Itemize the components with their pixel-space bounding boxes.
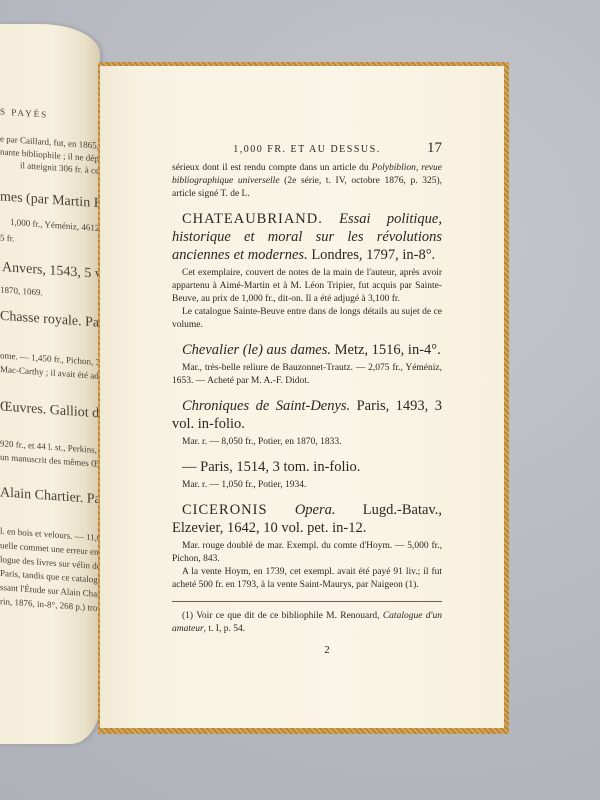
entry-note: Mar. rouge doublé de mar. Exempl. du com…: [172, 540, 442, 566]
left-text-line: rin, 1876, in-8°, 268 p.) trouvé: [0, 596, 100, 614]
left-text-line: 1,000 fr., Yéméniz, 4612: [10, 217, 99, 233]
left-text-line: mes (par Martin Franc),: [0, 189, 100, 214]
entry-note: Mar., très-belle reliure de Bauzonnet-Tr…: [172, 362, 442, 388]
left-text-line: Anvers, 1543, 5 vol.: [2, 260, 100, 284]
entry-note: Mar. r. — 8,050 fr., Potier, en 1870, 18…: [172, 436, 442, 449]
signature-mark: 2: [172, 644, 442, 656]
running-head-title: 1,000 FR. ET AU DESSUS.: [233, 144, 380, 155]
catalog-entry: Chroniques de Saint-Denys. Paris, 1493, …: [172, 397, 442, 433]
left-text-line: Œuvres. Galliot du Pré,: [0, 399, 100, 424]
entry-note: Le catalogue Sainte-Beuve entre dans de …: [172, 306, 442, 332]
entry-title: Chroniques de Saint-Denys.: [182, 398, 350, 414]
entry-imprint: — Paris, 1514, 3 tom. in-folio.: [182, 459, 360, 475]
entry-title: Opera.: [295, 502, 336, 518]
entry-author: CICERONIS: [182, 502, 268, 518]
entry-note: Cet exemplaire, couvert de notes de la m…: [172, 267, 442, 306]
running-head: 1,000 FR. ET AU DESSUS. 17: [172, 144, 442, 162]
entry-author: CHATEAUBRIAND.: [182, 211, 323, 227]
left-text-line: Mac-Carthy ; il avait été adjugé: [0, 364, 100, 382]
catalog-entry: CICERONIS Opera. Lugd.-Batav., Elzevier,…: [172, 501, 442, 537]
left-text-line: 1870, 1069.: [0, 285, 43, 298]
left-text-line: 5 fr.: [0, 232, 15, 243]
left-page: S PAYÉS e par Caillard, fut, en 1865, ad…: [0, 24, 100, 744]
continuation-paragraph: sérieux dont il est rendu compte dans un…: [172, 162, 442, 201]
entry-imprint: Metz, 1516, in-4°.: [331, 342, 441, 358]
footnote-rule: [172, 601, 442, 602]
page-number: 17: [427, 140, 442, 157]
left-running-head: S PAYÉS: [0, 106, 48, 119]
entry-note: A la vente Hoym, en 1739, cet exempl. av…: [172, 566, 442, 592]
left-text-line: Alain Chartier. Paris, V-: [0, 485, 100, 510]
entry-note: Mar. r. — 1,050 fr., Potier, 1934.: [172, 479, 442, 492]
left-text-line: un manuscrit des mêmes Œuvres: [0, 452, 100, 470]
entry-title: Chevalier (le) aus dames.: [182, 342, 331, 358]
catalog-entry: — Paris, 1514, 3 tom. in-folio.: [172, 458, 442, 476]
right-page-text: 1,000 FR. ET AU DESSUS. 17 sérieux dont …: [172, 144, 442, 656]
catalog-entry: Chevalier (le) aus dames. Metz, 1516, in…: [172, 341, 442, 359]
catalog-entry: CHATEAUBRIAND. Essai politique, historiq…: [172, 210, 442, 264]
footnote: (1) Voir ce que dit de ce bibliophile M.…: [172, 610, 442, 636]
entry-imprint: Londres, 1797, in-8°.: [308, 247, 435, 263]
left-text-line: Chasse royale. Paris, 1665,: [0, 309, 100, 336]
left-text-line: il atteignit 306 fr. à celle de La: [20, 160, 100, 178]
